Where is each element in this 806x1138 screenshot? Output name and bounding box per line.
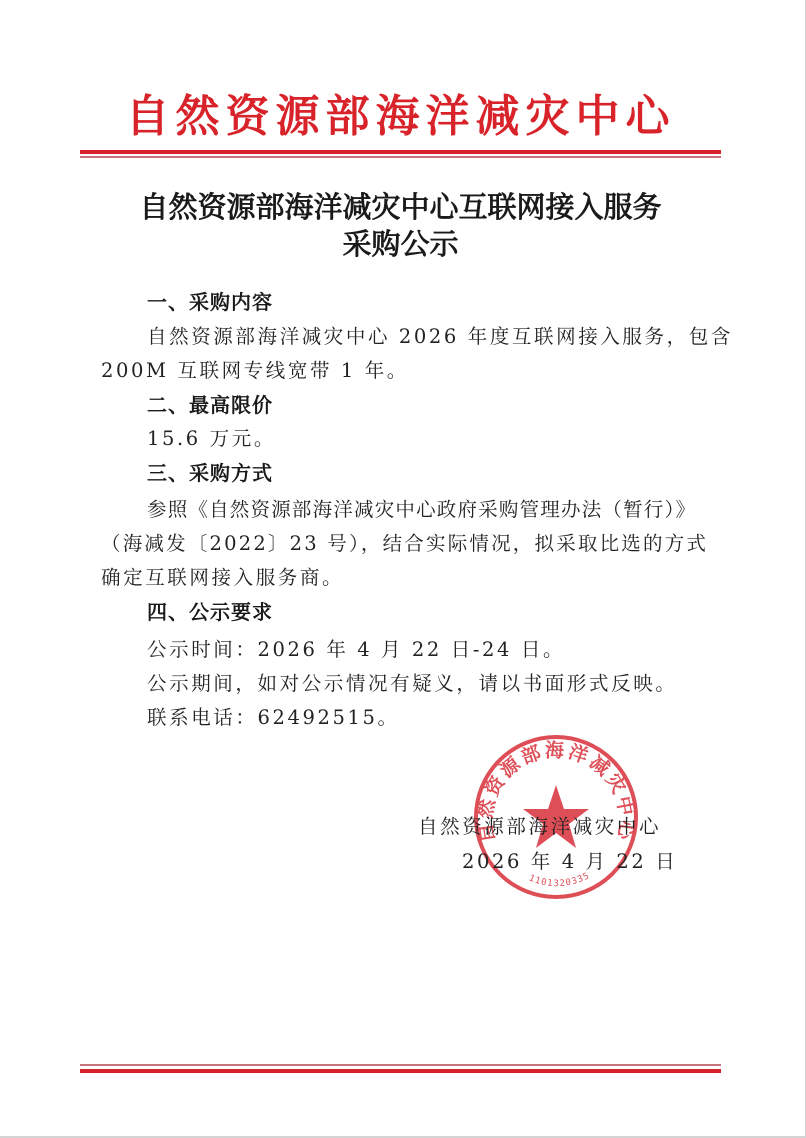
contact-phone-line: 联系电话：62492515。 — [147, 705, 400, 731]
section-heading-content: 一、采购内容 — [147, 289, 273, 315]
signature-date: 2026 年 4 月 22 日 — [462, 849, 677, 875]
notice-objection-line: 公示期间，如对公示情况有疑义，请以书面形式反映。 — [147, 671, 677, 697]
masthead-title: 自然资源部海洋减灾中心 — [80, 92, 721, 142]
section-method-line: 参照《自然资源部海洋减灾中心政府采购管理办法（暂行）》 — [147, 497, 696, 523]
section-method-line: 确定互联网接入服务商。 — [101, 565, 344, 591]
section-method-line: （海减发〔2022〕23 号），结合实际情况，拟采取比选的方式 — [101, 531, 708, 557]
section-content-line: 200M 互联网专线宽带 1 年。 — [101, 358, 409, 384]
footer-rule-thin — [80, 1064, 721, 1066]
masthead-rule-thick — [80, 150, 721, 154]
document-page: 自然资源部海洋减灾中心 自然资源部海洋减灾中心互联网接入服务 采购公示 一、采购… — [0, 0, 806, 1138]
signature-organization: 自然资源部海洋减灾中心 — [418, 814, 661, 840]
footer-rule-thick — [80, 1069, 721, 1073]
notice-period-line: 公示时间：2026 年 4 月 22 日-24 日。 — [147, 637, 565, 663]
section-heading-method: 三、采购方式 — [147, 460, 273, 486]
document-title-line1: 自然资源部海洋减灾中心互联网接入服务 — [80, 187, 721, 227]
section-heading-notice: 四、公示要求 — [147, 599, 273, 625]
section-content-line: 自然资源部海洋减灾中心 2026 年度互联网接入服务，包含 — [147, 324, 733, 350]
section-price-line: 15.6 万元。 — [147, 426, 276, 452]
masthead-rule-thin — [80, 156, 721, 158]
section-heading-price-cap: 二、最高限价 — [147, 392, 273, 418]
document-title-line2: 采购公示 — [80, 224, 721, 264]
